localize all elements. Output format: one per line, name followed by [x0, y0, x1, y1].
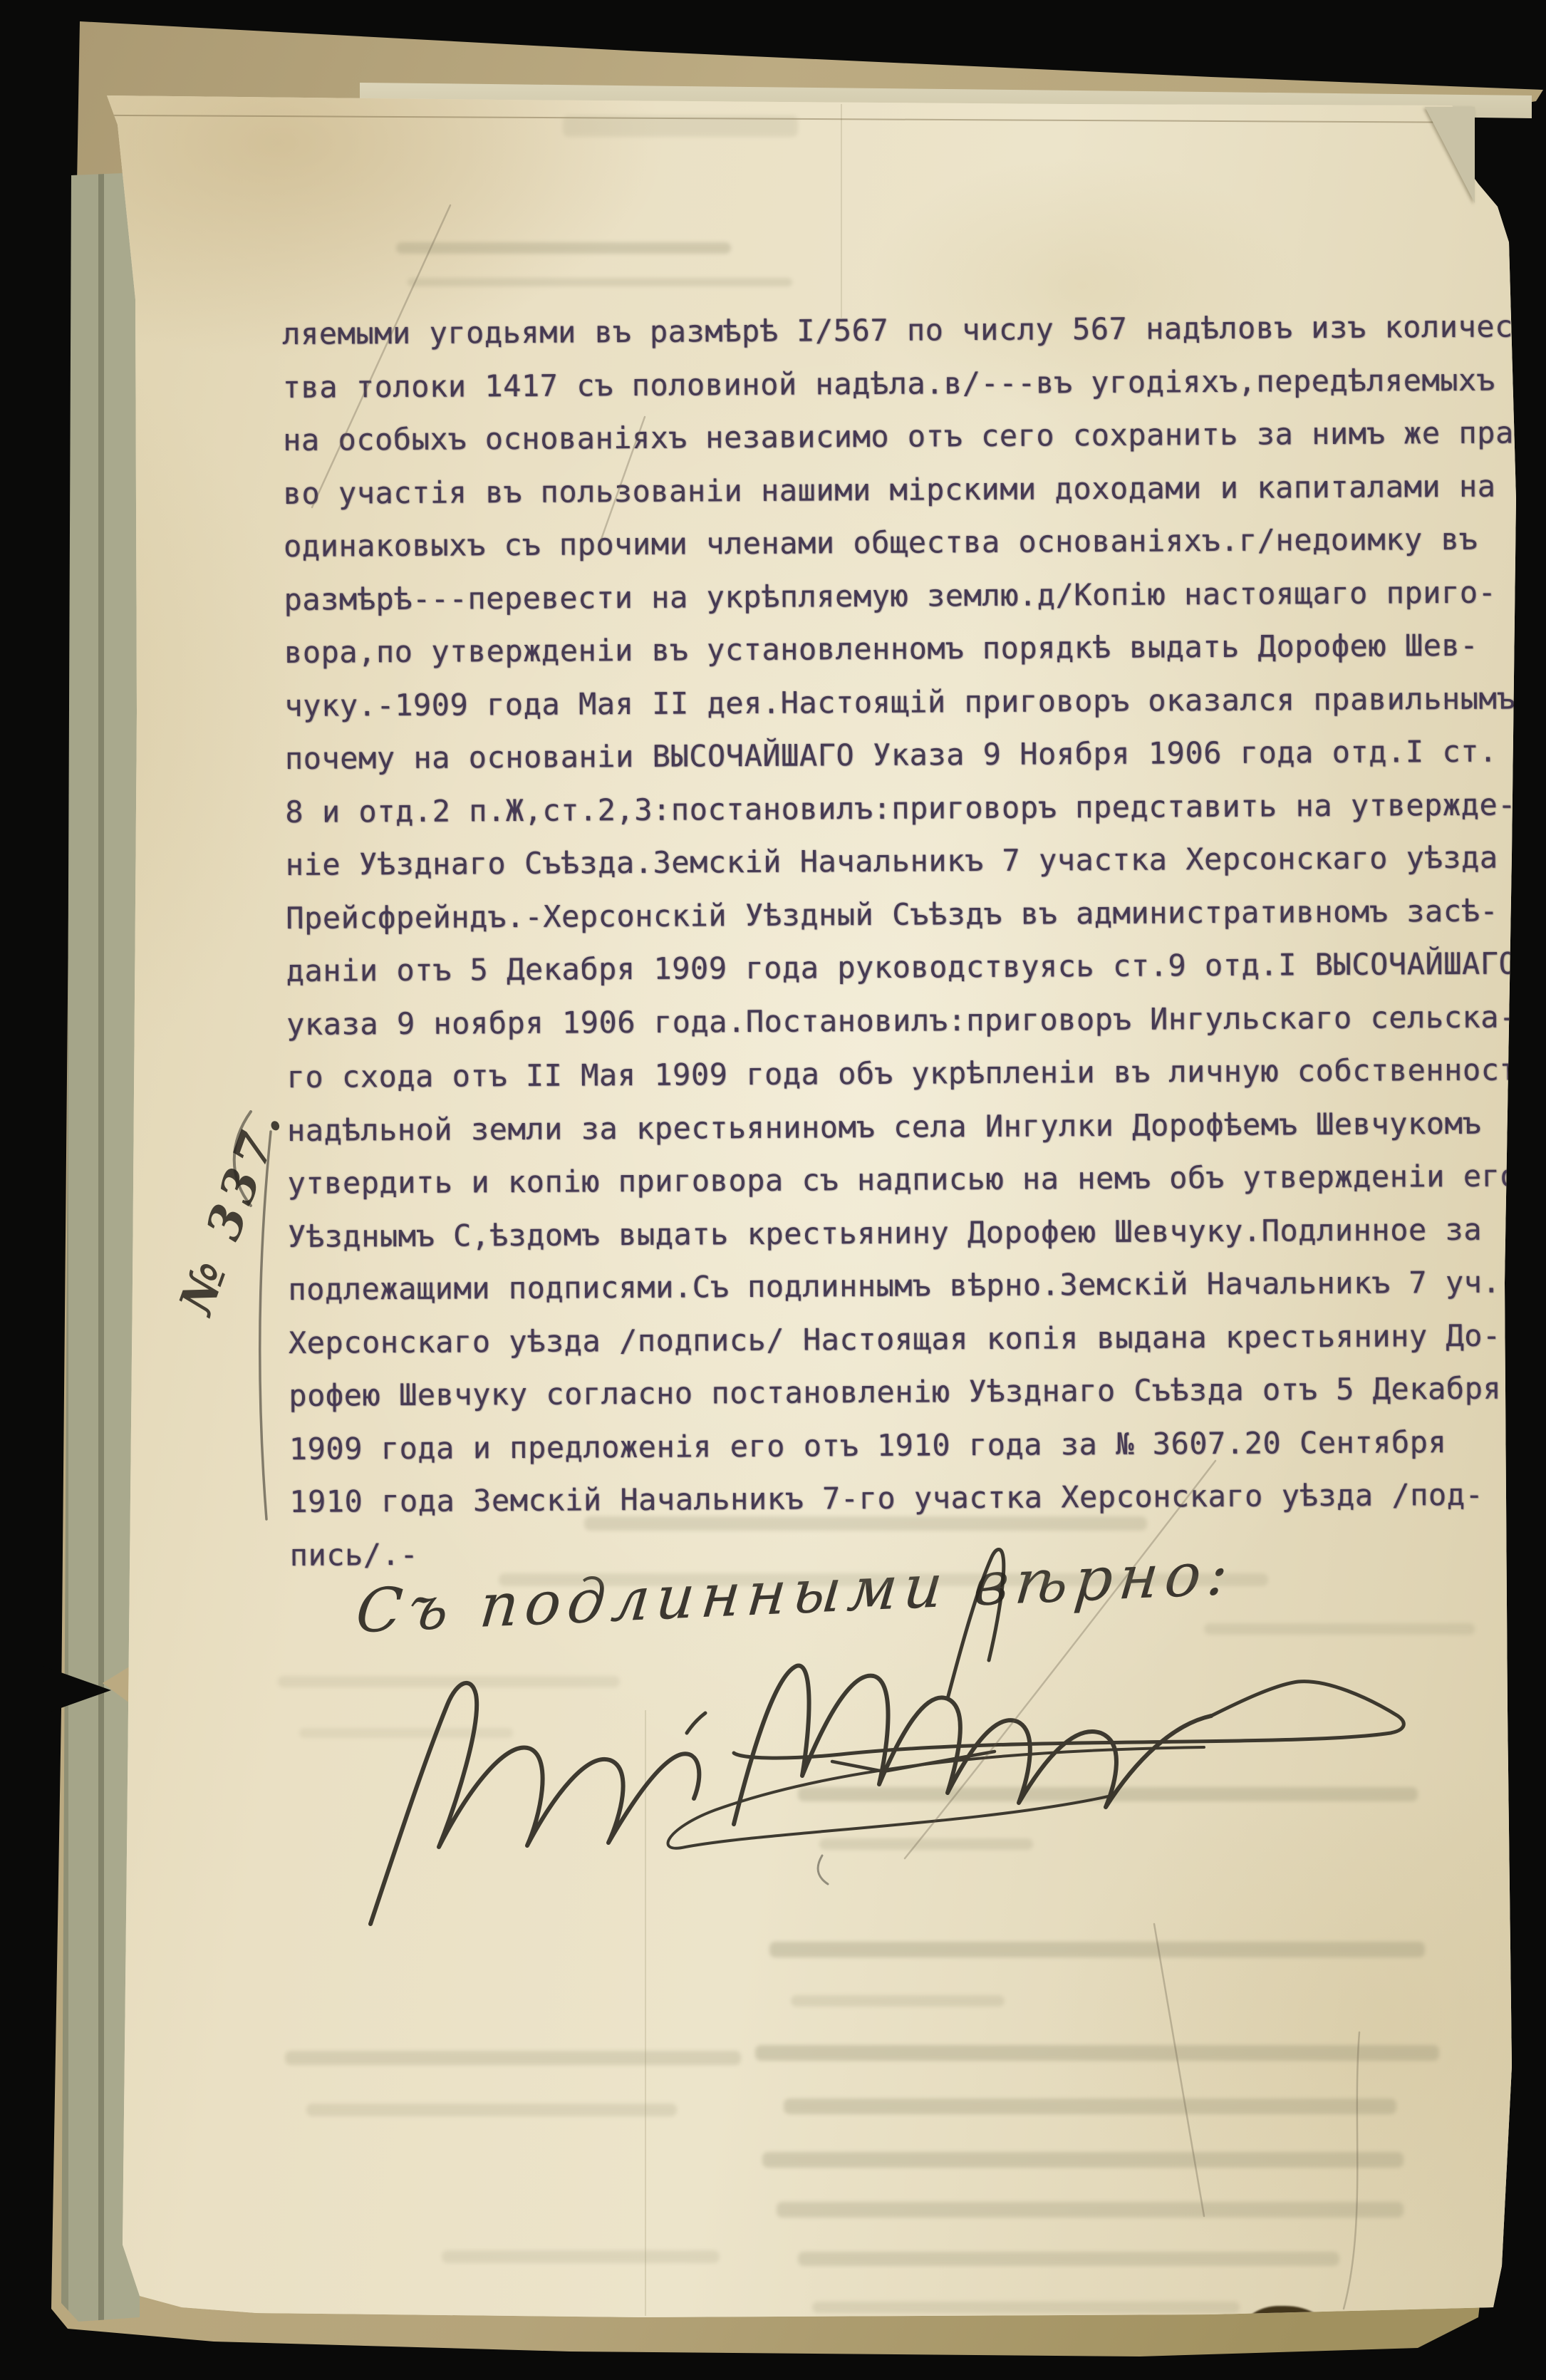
- typed-line: указа 9 ноября 1906 года.Постановилъ:при…: [286, 990, 1519, 1051]
- bleed-through-line: [812, 2302, 1240, 2313]
- typed-line: тва толоки 1417 съ половиной надѣла.в/--…: [282, 353, 1515, 414]
- typed-line: 1909 года и предложенія его отъ 1910 год…: [289, 1415, 1522, 1476]
- bleed-through-line: [1204, 1623, 1475, 1635]
- typed-line: размѣрѣ---перевести на укрѣпляемую землю…: [284, 566, 1516, 626]
- paper-crease: [841, 104, 842, 318]
- bleed-through-line: [791, 1995, 1005, 2007]
- typed-line: даніи отъ 5 Декабря 1909 года руководств…: [286, 937, 1518, 998]
- document-page: ляемыми угодьями въ размѣрѣ I/567 по чис…: [0, 0, 1546, 2380]
- bleed-through-line: [278, 1676, 620, 1687]
- bleed-through-line: [563, 115, 798, 137]
- typed-line: Прейсфрейндъ.-Херсонскій Уѣздный Съѣздъ …: [286, 884, 1518, 945]
- bleed-through-line: [299, 1728, 513, 1738]
- ink-stain: [56, 2341, 157, 2351]
- typed-line: чуку.-1909 года Мая II дея.Настоящій при…: [284, 672, 1517, 733]
- bleed-through-line: [762, 2152, 1404, 2168]
- typed-line: одинаковыхъ съ прочими членами общества …: [284, 512, 1516, 573]
- bleed-through-line: [819, 1838, 1033, 1850]
- bleed-through-line: [396, 242, 731, 254]
- typed-line: подлежащими подписями.Съ подлиннымъ вѣрн…: [288, 1256, 1520, 1316]
- typed-line: рофею Шевчуку согласно постановленію Уѣз…: [289, 1362, 1521, 1422]
- typed-line: ляемыми угодьями въ размѣрѣ I/567 по чис…: [282, 300, 1515, 361]
- bleed-through-line: [755, 2045, 1439, 2061]
- typed-line: ніе Уѣзднаго Съѣзда.Земскій Начальникъ 7…: [286, 831, 1518, 891]
- typed-line: вора,по утвержденіи въ установленномъ по…: [284, 619, 1517, 679]
- typed-line: Херсонскаго уѣзда /подпись/ Настоящая ко…: [289, 1309, 1521, 1370]
- left-edge-tear: [43, 1666, 111, 1714]
- bleed-through-line: [442, 2250, 720, 2263]
- folded-corner: [1425, 107, 1475, 203]
- typed-text-block: ляемыми угодьями въ размѣрѣ I/567 по чис…: [282, 300, 1522, 1582]
- typed-line: почему на основаніи ВЫСОЧАЙШАГО Указа 9 …: [285, 725, 1518, 785]
- bleed-through-line: [769, 1942, 1425, 1957]
- bleed-through-line: [408, 278, 792, 286]
- fold-crease: [108, 115, 1515, 123]
- typed-line: го схода отъ II Мая 1909 года объ укрѣпл…: [286, 1043, 1519, 1104]
- bleed-through-line: [285, 2051, 741, 2065]
- paper-crease: [645, 1710, 646, 2316]
- photo-background: ляемыми угодьями въ размѣрѣ I/567 по чис…: [0, 0, 1546, 2380]
- bleed-through-line: [499, 1573, 1268, 1586]
- typed-line: во участія въ пользованіи нашими мірским…: [283, 460, 1515, 520]
- bleed-through-line: [777, 2202, 1404, 2218]
- typed-line: Уѣзднымъ С,ѣздомъ выдать крестьянину Дор…: [288, 1203, 1520, 1263]
- typed-line: 8 и отд.2 п.Ж,ст.2,3:постановилъ:пригово…: [285, 778, 1518, 839]
- typed-line: на особыхъ основаніяхъ независимо отъ се…: [283, 406, 1515, 467]
- typed-line: утвердить и копію приговора съ надписью …: [287, 1149, 1520, 1210]
- bleed-through-line: [798, 2252, 1339, 2266]
- bleed-through-line: [798, 1787, 1418, 1801]
- bleed-through-line: [784, 2099, 1396, 2114]
- bleed-through-line: [584, 1516, 1147, 1531]
- bleed-through-line: [306, 2104, 677, 2116]
- typed-line: надѣльной земли за крестьяниномъ села Ин…: [287, 1097, 1520, 1157]
